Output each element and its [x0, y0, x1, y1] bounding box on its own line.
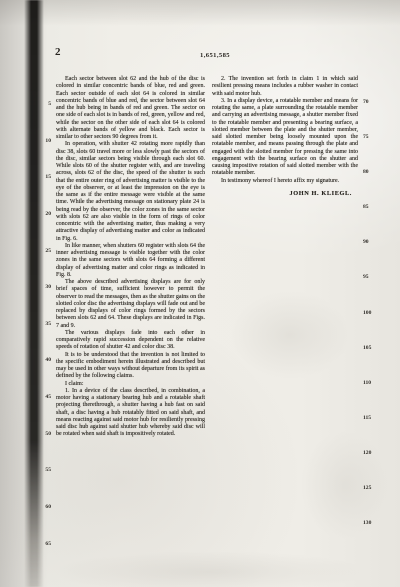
paragraph: 1. In a device of the class described, i… — [56, 388, 205, 439]
line-number: 85 — [363, 204, 379, 239]
signature: JOHN H. KLIEGL. — [212, 190, 358, 197]
line-number: 45 — [38, 394, 51, 431]
line-number: 70 — [363, 99, 379, 134]
line-number: 65 — [38, 541, 51, 578]
paragraph: I claim: — [56, 381, 205, 388]
left-column-line-numbers: 5 10 15 20 25 30 35 40 45 50 55 60 65 — [38, 101, 51, 577]
paragraph: The various displays fade into each othe… — [56, 330, 205, 352]
line-number: 100 — [363, 310, 379, 345]
line-number: 110 — [363, 380, 379, 415]
paragraph: In testimony whereof I hereto affix my s… — [212, 178, 358, 185]
line-number: 115 — [363, 415, 379, 450]
line-number: 105 — [363, 345, 379, 380]
paragraph: In like manner, when shutters 60 registe… — [56, 243, 205, 279]
page-number: 2 — [55, 46, 61, 58]
paragraph: 2. The invention set forth in claim 1 in… — [212, 76, 358, 98]
line-number: 5 — [38, 101, 51, 138]
line-number: 30 — [38, 284, 51, 321]
line-number: 15 — [38, 174, 51, 211]
line-number: 90 — [363, 239, 379, 274]
scan-smudge — [230, 290, 350, 380]
left-text-column: Each sector between slot 62 and the hub … — [56, 76, 205, 439]
line-number: 50 — [38, 431, 51, 468]
line-number: 40 — [38, 357, 51, 394]
line-number: 20 — [38, 211, 51, 248]
line-number: 60 — [38, 504, 51, 541]
line-number: 130 — [363, 520, 379, 555]
line-number: 75 — [363, 134, 379, 169]
paragraph: 3. In a display device, a rotatable memb… — [212, 98, 358, 178]
paragraph: Each sector between slot 62 and the hub … — [56, 76, 205, 141]
paragraph: It is to be understood that the inventio… — [56, 352, 205, 381]
line-number: 120 — [363, 450, 379, 485]
line-number: 35 — [38, 321, 51, 358]
right-text-column: 2. The invention set forth in claim 1 in… — [212, 76, 358, 197]
right-column-line-numbers: 70 75 80 85 90 95 100 105 110 115 120 12… — [363, 99, 379, 555]
patent-number: 1,651,585 — [145, 52, 285, 59]
scan-top-shadow — [0, 0, 400, 26]
right-column-paragraphs: 2. The invention set forth in claim 1 in… — [212, 76, 358, 185]
line-number: 55 — [38, 467, 51, 504]
line-number: 95 — [363, 274, 379, 309]
line-number: 80 — [363, 169, 379, 204]
scan-smudge — [60, 552, 360, 587]
patent-page: 2 1,651,585 5 10 15 20 25 30 35 40 45 50… — [0, 0, 400, 587]
line-number: 10 — [38, 138, 51, 175]
line-number: 125 — [363, 485, 379, 520]
paragraph: The above described advertising displays… — [56, 279, 205, 330]
paragraph: In operation, with shutter 42 rotating m… — [56, 141, 205, 243]
line-number: 25 — [38, 248, 51, 285]
